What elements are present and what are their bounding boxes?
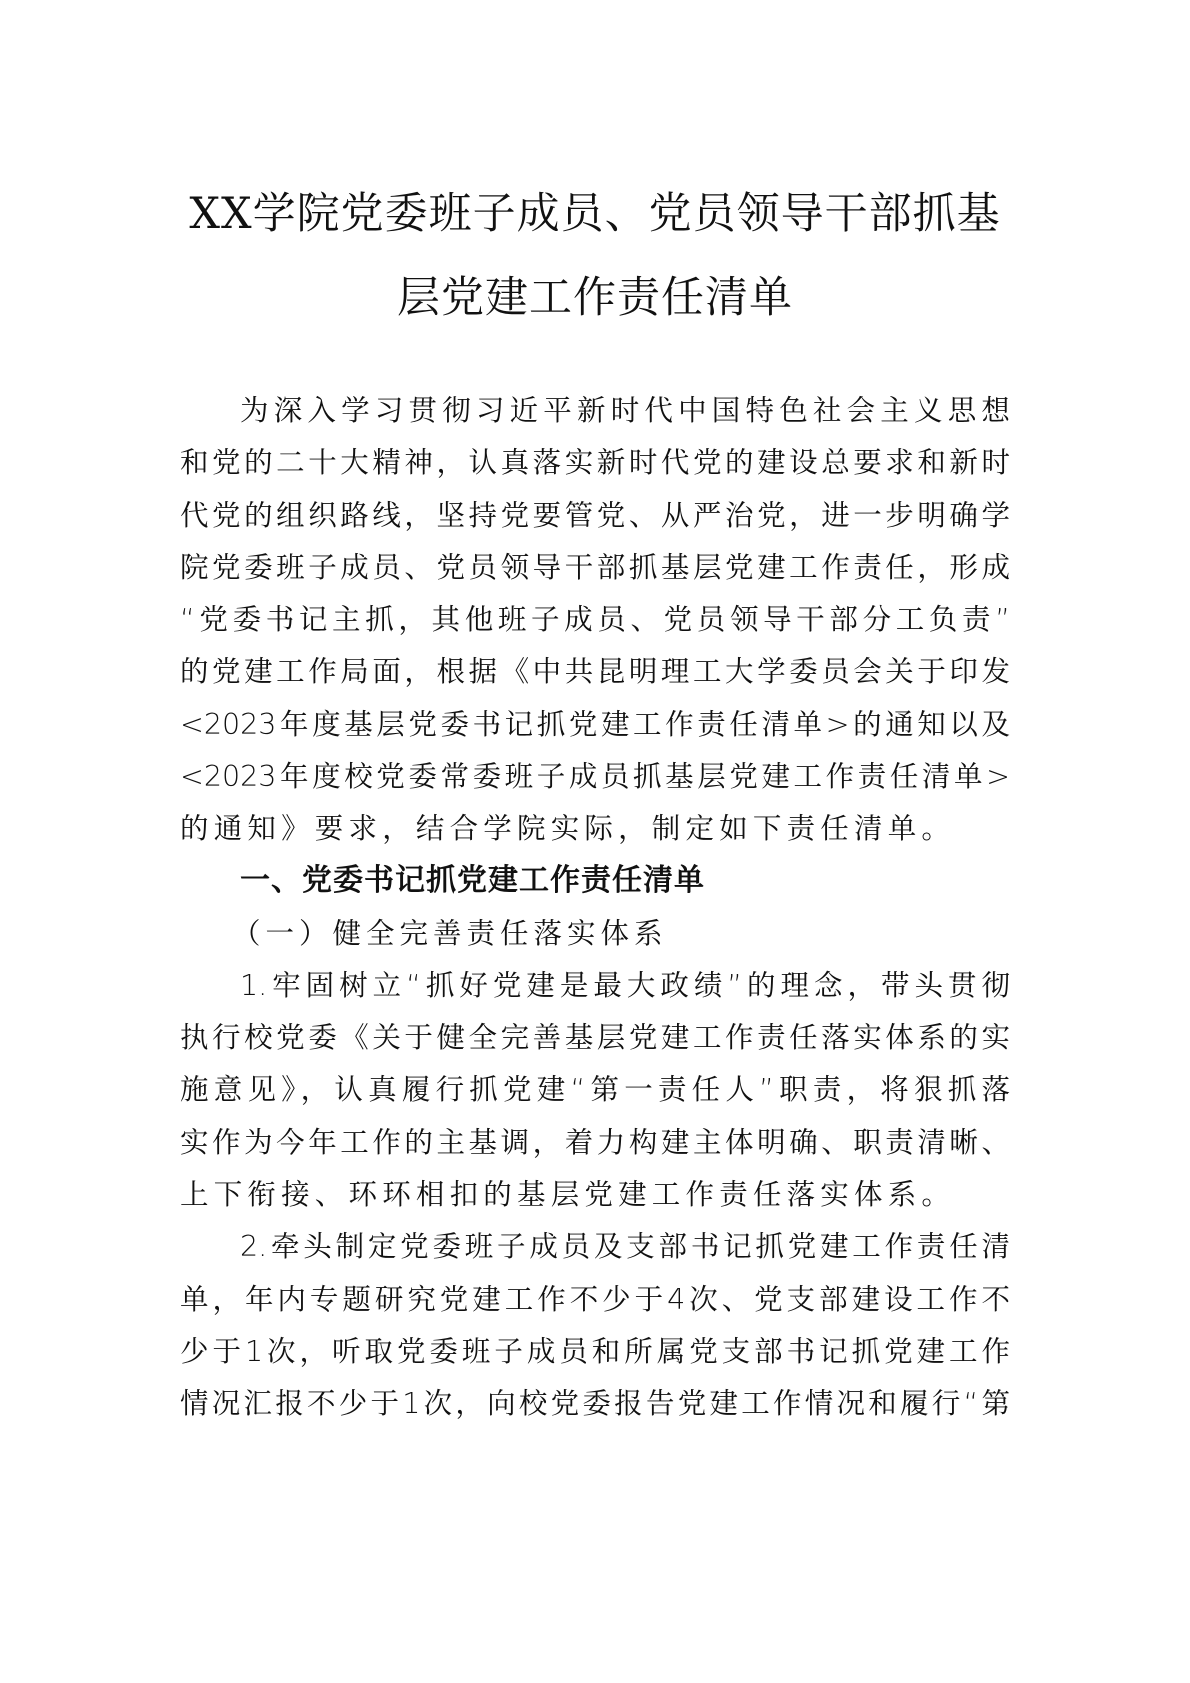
item-2-line: 2.牵头制定党委班子成员及支部书记抓党建工作责任清 [240,1227,1010,1267]
item-1-line: 执行校党委《关于健全完善基层党建工作责任落实体系的实 [180,1018,1010,1058]
intro-paragraph-line: “党委书记主抓，其他班子成员、党员领导干部分工负责” [180,600,1010,640]
item-2-line: 单，年内专题研究党建工作不少于4次、党支部建设工作不 [180,1280,1010,1320]
subsection-heading-1: （一）健全完善责任落实体系 [232,914,668,954]
item-1-line: 上下衔接、环环相扣的基层党建工作责任落实体系。 [180,1175,1010,1215]
document-title-line-2: 层党建工作责任清单 [0,270,1190,326]
item-1-line: 施意见》，认真履行抓党建“第一责任人”职责，将狠抓落 [180,1070,1010,1110]
intro-paragraph-line: 的通知》要求，结合学院实际，制定如下责任清单。 [180,809,1010,849]
intro-paragraph-line: 院党委班子成员、党员领导干部抓基层党建工作责任，形成 [180,548,1010,588]
item-2-line: 少于1次，听取党委班子成员和所属党支部书记抓党建工作 [180,1332,1010,1372]
intro-paragraph-line: <2023年度基层党委书记抓党建工作责任清单>的通知以及 [180,705,1010,745]
intro-paragraph-line: 的党建工作局面，根据《中共昆明理工大学委员会关于印发 [180,652,1010,692]
intro-paragraph-line: <2023年度校党委常委班子成员抓基层党建工作责任清单> [180,757,1010,797]
intro-paragraph-line: 代党的组织路线，坚持党要管党、从严治党，进一步明确学 [180,496,1010,536]
item-1-line: 实作为今年工作的主基调，着力构建主体明确、职责清晰、 [180,1123,1010,1163]
section-heading-1: 一、党委书记抓党建工作责任清单 [240,861,705,901]
item-2-line: 情况汇报不少于1次，向校党委报告党建工作情况和履行“第 [180,1384,1010,1424]
document-title-line-1: XX学院党委班子成员、党员领导干部抓基 [0,186,1190,242]
intro-paragraph-line: 和党的二十大精神，认真落实新时代党的建设总要求和新时 [180,443,1010,483]
item-1-line: 1.牢固树立“抓好党建是最大政绩”的理念，带头贯彻 [240,966,1010,1006]
intro-paragraph-line: 为深入学习贯彻习近平新时代中国特色社会主义思想 [240,391,1010,431]
document-page: XX学院党委班子成员、党员领导干部抓基 层党建工作责任清单 为深入学习贯彻习近平… [0,0,1190,1683]
